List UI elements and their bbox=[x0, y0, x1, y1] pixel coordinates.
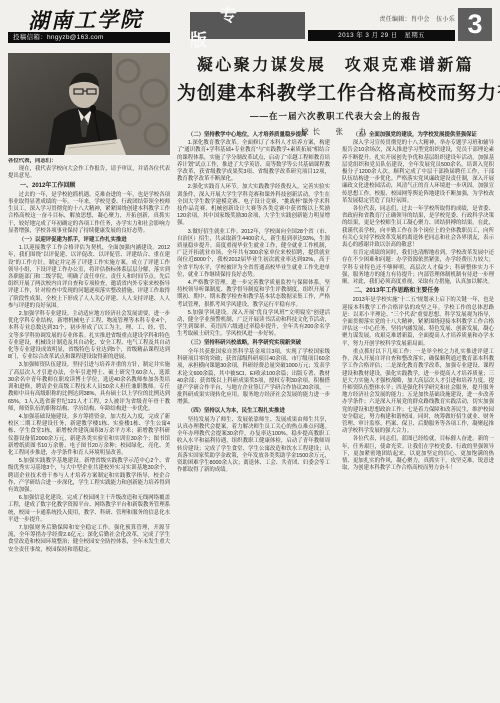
headline-line1: 凝心聚力谋发展 攻艰克难谱新篇 bbox=[177, 52, 494, 75]
body-paragraph: 4.严格教学管理。进一步完善教学质量监控与保障体系，坚持校领导听课制度、教学督导… bbox=[177, 280, 330, 309]
section-banner: 专版 bbox=[190, 12, 305, 39]
body-paragraph: 4.加强基础设施建设。多方筹措资金，加大投入力度，完成了新校区二期工程建设任务，… bbox=[8, 414, 170, 457]
date-bar: 2013 年 3 月 29 日 星期五 bbox=[308, 30, 455, 41]
body-paragraph: 深入学习宣传贯彻党的十八大精神，举办专题学习班和辅导报告会10余场次，深入推进学… bbox=[342, 140, 494, 205]
paper-logo: 湖南工学院 bbox=[28, 3, 178, 34]
body-paragraph: 坚持发展为了师生、发展依靠师生、发展成果由师生共享，认真办理教代会提案，着力解决… bbox=[177, 417, 330, 475]
section-heading: 二、2013年工作思路和主要任务 bbox=[342, 288, 494, 295]
body-paragraph: 1.以迎接教学工作合格评估为契机，全面加强内涵建设。2012年，我们围绕“以评促… bbox=[8, 245, 170, 310]
speaker-photo-illustration bbox=[8, 53, 170, 155]
body-paragraph: 在肯定成绩的同时，我们也清醒地看到，学校改革发展中还存在不少困难和问题：办学资源… bbox=[342, 250, 494, 286]
body-paragraph: 全年共获批国家自然科学基金项目3项，实现了学校国家级科研项目零的突破；获省部级科… bbox=[177, 349, 330, 407]
body-paragraph: 过去的一年，是学校抢抓机遇、克难奋进的一年，也是学校各项事业取得显著成绩的一年。… bbox=[8, 192, 170, 235]
headline-line2: 为创建本科教学工作合格高校而努力奋斗 bbox=[177, 78, 494, 105]
body-paragraph: 5.加强学风建设。深入开展“优良学风班”“文明寝室”创建活动，健全学业预警机制，… bbox=[177, 310, 330, 339]
body-paragraph: 2.强化实践育人环节。加大实践教学经费投入，完善实验实训条件，深入开展大学生学科… bbox=[177, 184, 330, 227]
editors-line: 责任编辑：肖中会 伍小乐 bbox=[330, 14, 455, 24]
body-paragraph: 7.加强财务后勤保障和安全稳定工作。强化预算管理，开源节流，全年筹措办学经费2.… bbox=[8, 525, 170, 554]
body-paragraph: 3.做好招生就业工作。2012年，学校面向全国28个省（市、自治区）招生，共录取… bbox=[177, 229, 330, 279]
salutation: 各位代表，同志们： bbox=[8, 158, 170, 165]
section-heading: 一、2012年工作回顾 bbox=[8, 183, 170, 190]
subsection-heading: （五）全面加强党的建设，为学校发展提供坚强保证 bbox=[342, 132, 494, 139]
body-paragraph: 2013年是学校实施“十二五”规划承上启下的关键一年，也是迎接本科教学工作合格评… bbox=[342, 297, 494, 347]
newspaper-page: 湖南工学院 投稿信箱：hngyzb@163.com 专版 责任编辑：肖中会 伍小… bbox=[0, 0, 500, 703]
body-column-3: （五）全面加强党的建设，为学校发展提供坚强保证深入学习宣传贯彻党的十八大精神，举… bbox=[342, 130, 494, 698]
headline-subtitle: ——在一届六次教职工代表大会上的报告 bbox=[177, 110, 494, 122]
body-column-1: 各位代表，同志们：现在，我代表学校向大会作工作报告，请予审议，并请各位代表提出意… bbox=[8, 158, 170, 698]
page-number-box: 3 bbox=[458, 8, 492, 41]
lead-photo bbox=[8, 53, 170, 155]
subsection-heading: （四）坚持以人为本，民生工程扎实推进 bbox=[177, 408, 330, 415]
subsection-heading: （二）坚持教学中心地位，人才培养质量稳步提高 bbox=[177, 132, 330, 139]
body-paragraph: 现在，我代表学校向大会作工作报告，请予审议，并请各位代表提出意见。 bbox=[8, 166, 170, 180]
body-paragraph: 6.加强信息化建设。完成了校园网主干升级改造和无线网络覆盖工程，建成了数字化教学… bbox=[8, 495, 170, 524]
subsection-heading: （三）坚持科研兴校战略，科学研究实现新突破 bbox=[177, 340, 330, 347]
submission-email-bar: 投稿信箱：hngyzb@163.com bbox=[8, 32, 170, 43]
subsection-heading: （一）以迎评促建为抓手，评建工作扎实推进 bbox=[8, 237, 170, 244]
body-paragraph: 5.加强实践教学基地建设。新增省级实践教学示范中心2个、省级优秀实习基地3个，与… bbox=[8, 458, 170, 494]
body-column-2: （二）坚持教学中心地位，人才培养质量稳步提高1.深化教育教学改革。全面修订了本科… bbox=[177, 130, 330, 698]
body-paragraph: 3.加强师资队伍建设。坚持引进与培养并重的方针，制定并实施了高层次人才引进办法，… bbox=[8, 362, 170, 412]
body-paragraph: 各位代表，同志们，过去一年学校所取得的成绩，是省委、省政府和省教育厅正确领导的结… bbox=[342, 206, 494, 249]
body-paragraph: 2.加强学科专业建设。主动适应地方经济社会发展需要，进一步优化学科专业结构，新增… bbox=[8, 311, 170, 361]
headline-block: 凝心聚力谋发展 攻艰克难谱新篇 为创建本科教学工作合格高校而努力奋斗 ——在一届… bbox=[177, 52, 494, 128]
body-paragraph: 各位代表，同志们，蓝图已经绘就，目标催人奋进。新的一年，任务艰巨，使命光荣。让我… bbox=[342, 436, 494, 472]
body-paragraph: 重点抓好以下几项工作：一是举全校之力扎实推进评建工作，深入开展自评自查和整改落实… bbox=[342, 349, 494, 435]
body-paragraph: 1.深化教育教学改革。全面修订了本科人才培养方案，构建了“通识教育+学科基础+专… bbox=[177, 140, 330, 183]
